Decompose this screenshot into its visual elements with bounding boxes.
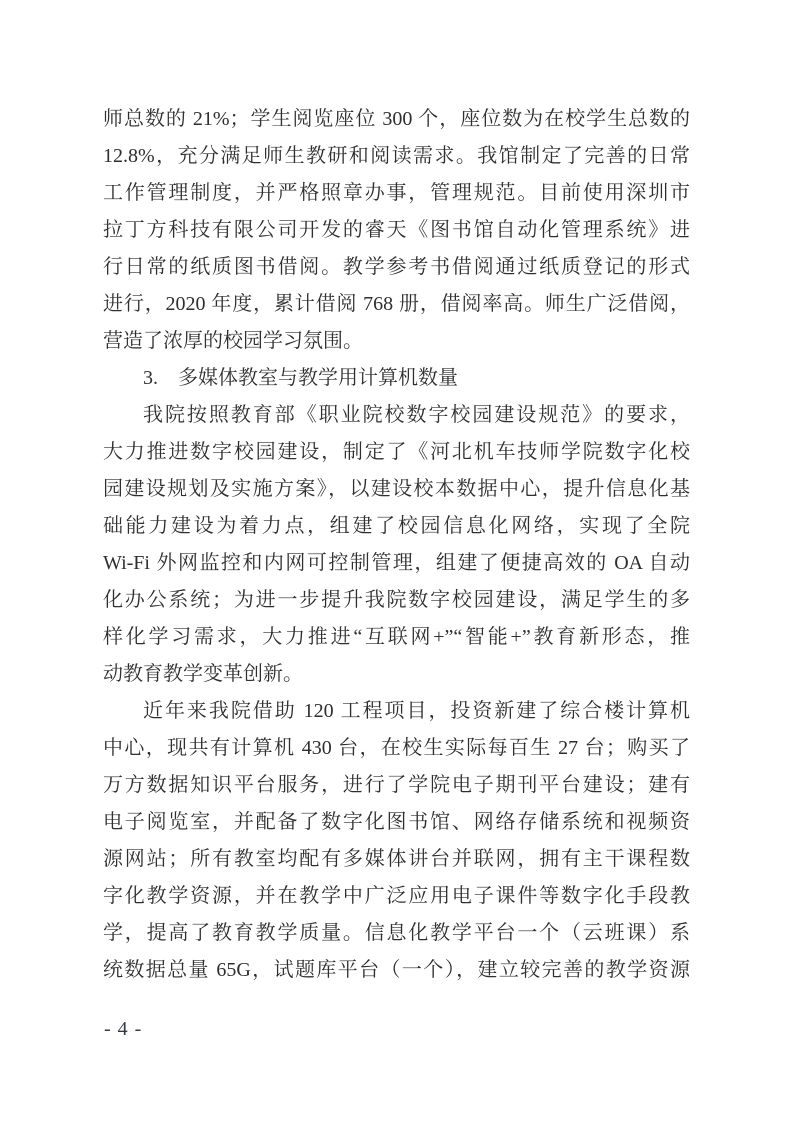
page-body-text: 师总数的 21%；学生阅览座位 300 个，座位数为在校学生总数的 12.8%，… (103, 101, 690, 989)
text-line: 样化学习需求，大力推进“互联网+”“智能+”教育新形态，推 (103, 619, 690, 656)
paragraph-library-continuation: 师总数的 21%；学生阅览座位 300 个，座位数为在校学生总数的 12.8%，… (103, 101, 690, 360)
text-line: 我院按照教育部《职业院校数字校园建设规范》的要求， (103, 397, 690, 434)
text-line: 化办公系统；为进一步提升我院数字校园建设，满足学生的多 (103, 582, 690, 619)
text-line: Wi-Fi 外网监控和内网可控制管理，组建了便捷高效的 OA 自动 (103, 545, 690, 582)
text-line: 电子阅览室，并配备了数字化图书馆、网络存储系统和视频资 (103, 804, 690, 841)
text-line: 园建设规划及实施方案》，以建设校本数据中心，提升信息化基 (103, 471, 690, 508)
paragraph-digital-campus: 我院按照教育部《职业院校数字校园建设规范》的要求， 大力推进数字校园建设，制定了… (103, 397, 690, 693)
page-number: - 4 - (104, 1014, 142, 1044)
text-line: 近年来我院借助 120 工程项目，投资新建了综合楼计算机 (103, 693, 690, 730)
text-line: 12.8%，充分满足师生教研和阅读需求。我馆制定了完善的日常 (103, 138, 690, 175)
text-line: 学，提高了教育教学质量。信息化教学平台一个（云班课）系 (103, 915, 690, 952)
paragraph-computer-center: 近年来我院借助 120 工程项目，投资新建了综合楼计算机 中心，现共有计算机 4… (103, 693, 690, 989)
text-line: 师总数的 21%；学生阅览座位 300 个，座位数为在校学生总数的 (103, 101, 690, 138)
text-line: 中心，现共有计算机 430 台，在校生实际每百生 27 台；购买了 (103, 730, 690, 767)
text-line: 动教育教学变革创新。 (103, 656, 690, 693)
text-line: 源网站；所有教室均配有多媒体讲台并联网，拥有主干课程数 (103, 841, 690, 878)
text-line: 字化教学资源，并在教学中广泛应用电子课件等数字化手段教 (103, 878, 690, 915)
text-line: 大力推进数字校园建设，制定了《河北机车技师学院数字化校 (103, 434, 690, 471)
text-line: 进行，2020 年度，累计借阅 768 册，借阅率高。师生广泛借阅， (103, 286, 690, 323)
text-line: 行日常的纸质图书借阅。教学参考书借阅通过纸质登记的形式 (103, 249, 690, 286)
text-line: 统数据总量 65G，试题库平台（一个），建立较完善的教学资源 (103, 952, 690, 989)
text-line: 拉丁方科技有限公司开发的睿天《图书馆自动化管理系统》进 (103, 212, 690, 249)
section-heading-block: 3. 多媒体教室与教学用计算机数量 (103, 360, 690, 397)
text-line: 工作管理制度，并严格照章办事，管理规范。目前使用深圳市 (103, 175, 690, 212)
text-line: 营造了浓厚的校园学习氛围。 (103, 323, 690, 360)
text-line: 万方数据知识平台服务，进行了学院电子期刊平台建设；建有 (103, 767, 690, 804)
section-heading: 3. 多媒体教室与教学用计算机数量 (103, 360, 690, 397)
text-line: 础能力建设为着力点，组建了校园信息化网络，实现了全院 (103, 508, 690, 545)
document-page: 师总数的 21%；学生阅览座位 300 个，座位数为在校学生总数的 12.8%，… (0, 0, 793, 1122)
